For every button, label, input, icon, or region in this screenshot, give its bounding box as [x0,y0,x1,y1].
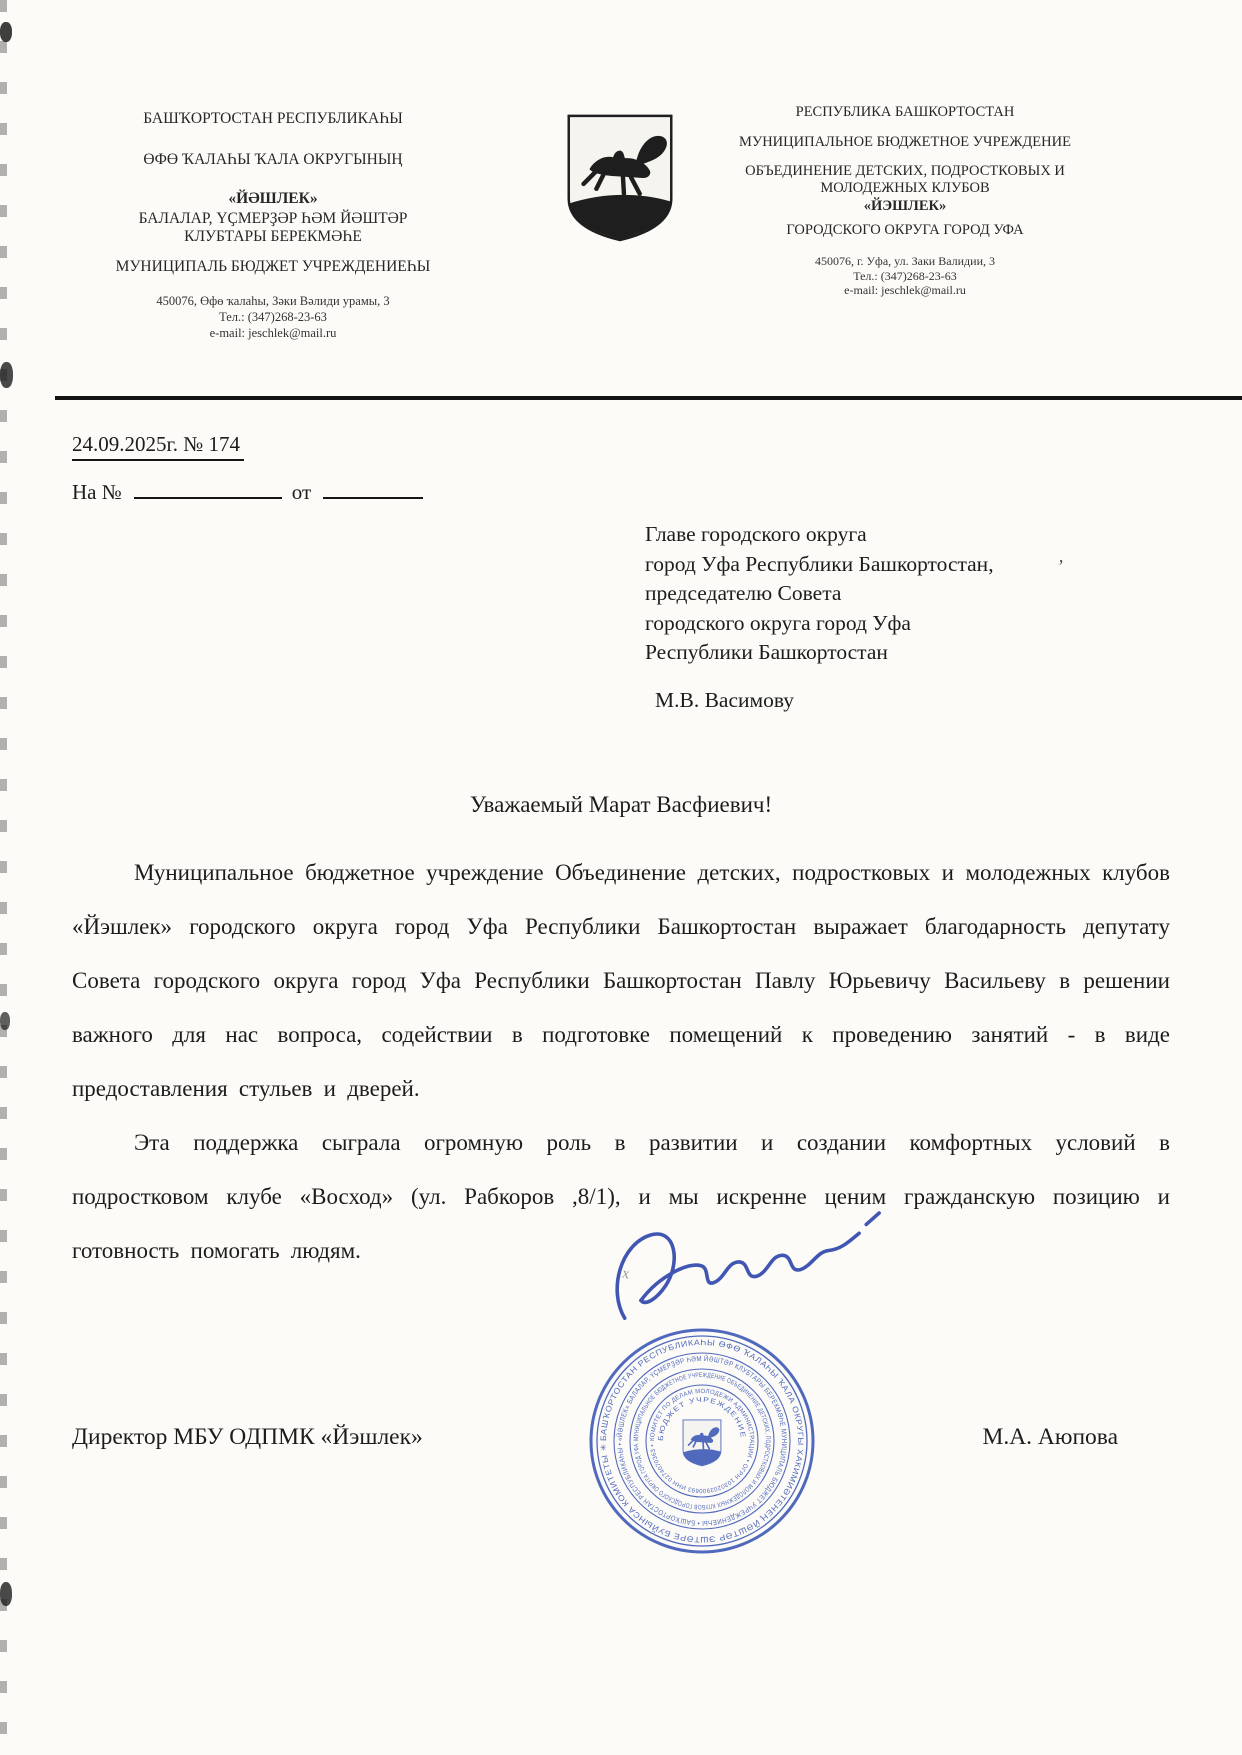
addressee-line: город Уфа Республики Башкортостан, [645,550,994,580]
signer-position: Директор МБУ ОДПМК «Йэшлек» [72,1424,423,1451]
org-name-line: МУНИЦИПАЛЬ БЮДЖЕТ УЧРЕЖДЕНИЕҺЫ [98,258,448,276]
on-number-label: На № [72,480,122,504]
scan-artifact [0,1582,12,1606]
contact-block: 450076, г. Уфа, ул. Заки Валидии, 3 Тел.… [698,254,1112,298]
official-round-stamp: БАШҠОРТОСТАН РЕСПУБЛИКАҺЫ ӨФӨ ҠАЛАҺЫ ҠАЛ… [583,1322,821,1560]
from-label: от [292,480,311,504]
signer-name: М.А. Аюпова [982,1424,1118,1451]
phone-line: Тел.: (347)268-23-63 [98,309,448,325]
org-name-line: ГОРОДСКОГО ОКРУГА ГОРОД УФА [698,222,1112,239]
body-paragraph: Муниципальное бюджетное учреждение Объед… [72,846,1170,1116]
stamp-coat-of-arms-icon [683,1420,721,1466]
org-name-line: МУНИЦИПАЛЬНОЕ БЮДЖЕТНОЕ УЧРЕЖДЕНИЕ [698,134,1112,151]
number-blank-field [134,477,282,499]
addressee-line: Республики Башкортостан [645,638,994,668]
addressee-line: председателю Совета [645,579,994,609]
address-line: 450076, Өфө ҡалаһы, Зәки Вәлиди урамы, 3 [98,293,448,309]
org-name-line: ОБЪЕДИНЕНИЕ ДЕТСКИХ, ПОДРОСТКОВЫХ И [698,163,1112,180]
letterhead-russian-block: РЕСПУБЛИКА БАШКОРТОСТАН МУНИЦИПАЛЬНОЕ БЮ… [698,104,1112,298]
org-name-line: КЛУБТАРЫ БЕРЕКМӘҺЕ [98,228,448,246]
scan-artifact: ’ [1058,556,1064,577]
salutation: Уважаемый Марат Васфиевич! [72,792,1170,818]
addressee-line: Главе городского округа [645,520,994,550]
date-blank-field [323,477,423,499]
scan-artifact [0,1012,10,1030]
phone-line: Тел.: (347)268-23-63 [698,269,1112,284]
addressee-block: Главе городского округа город Уфа Респуб… [645,520,994,715]
addressee-name: М.В. Васимову [645,686,994,716]
org-name-line: БАЛАЛАР, ҮҪМЕРҘӘР ҺӘМ ЙӘШТӘР [98,210,448,228]
address-line: 450076, г. Уфа, ул. Заки Валидии, 3 [698,254,1112,269]
scan-artifact [0,362,13,388]
org-name-line: «ЙЭШЛЕК» [698,198,1112,215]
org-name-line: «ЙӘШЛЕК» [98,190,448,208]
org-name-line: МОЛОДЕЖНЫХ КЛУБОВ [698,180,1112,197]
email-line: e-mail: jeschlek@mail.ru [98,325,448,341]
scan-edge-artifacts [0,0,7,1755]
org-name-line: РЕСПУБЛИКА БАШКОРТОСТАН [698,104,1112,121]
scanned-letter-page: БАШҠОРТОСТАН РЕСПУБЛИКАҺЫ ӨФӨ ҠАЛАҺЫ ҠАЛ… [0,0,1242,1755]
letterhead-bashkir-block: БАШҠОРТОСТАН РЕСПУБЛИКАҺЫ ӨФӨ ҠАЛАҺЫ ҠАЛ… [98,110,448,341]
scan-artifact [0,22,12,42]
org-name-line: ӨФӨ ҠАЛАҺЫ ҠАЛА ОКРУГЫНЫҢ [98,151,448,169]
letter-date-number: 24.09.2025г. № 174 [72,432,244,461]
org-name-line: БАШҠОРТОСТАН РЕСПУБЛИКАҺЫ [98,110,448,128]
addressee-line: городского округа город Уфа [645,609,994,639]
letterhead-divider-rule [55,396,1242,400]
contact-block: 450076, Өфө ҡалаһы, Зәки Вәлиди урамы, 3… [98,293,448,341]
email-line: e-mail: jeschlek@mail.ru [698,283,1112,298]
reply-reference-line: На №от [72,477,423,505]
ufa-coat-of-arms-icon [557,108,683,246]
